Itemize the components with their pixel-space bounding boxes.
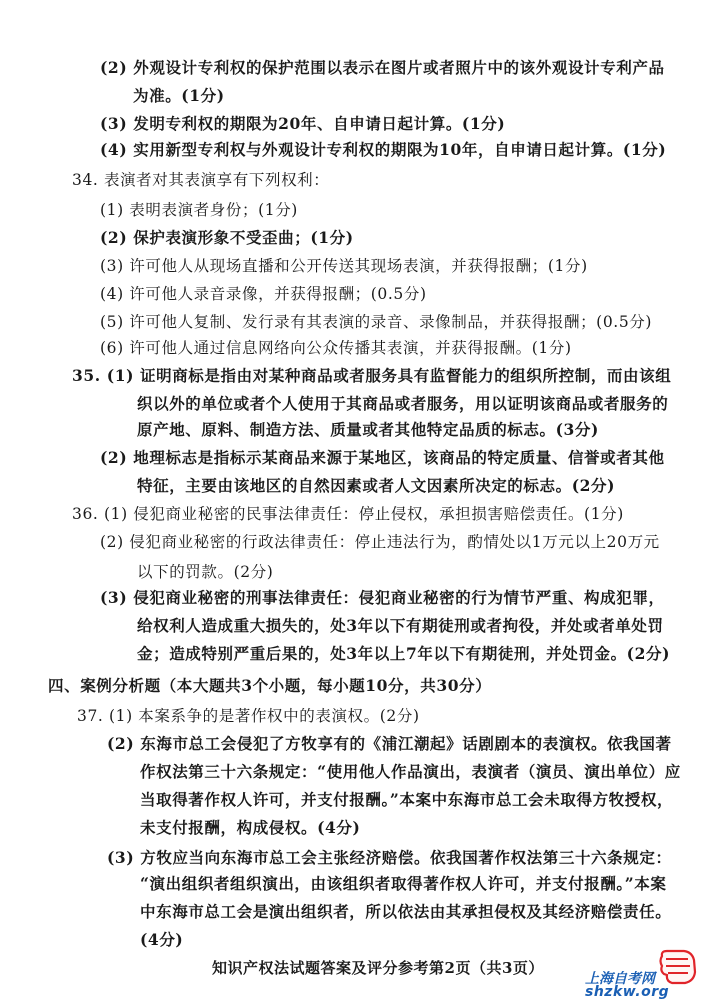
text-line-q34: 34. 表演者对其表演享有下列权利： bbox=[72, 170, 329, 190]
text-line-q34-4: (4) 许可他人录音录像，并获得报酬；(0.5分) bbox=[100, 284, 427, 304]
text-line-q37-2a: (2) 东海市总工会侵犯了方牧享有的《浦江潮起》话剧剧本的表演权。依我国著 bbox=[107, 734, 672, 754]
text-line-q34-1: (1) 表明表演者身份；(1分) bbox=[100, 200, 298, 220]
text-line-q36-2a: (2) 侵犯商业秘密的行政法律责任：停止违法行为，酌情处以1万元以上20万元 bbox=[100, 532, 660, 552]
text-line-q34-2: (2) 保护表演形象不受歪曲；(1分) bbox=[100, 228, 354, 248]
text-line-q37-3b: “演出组织者组织演出，由该组织者取得著作权人许可，并支付报酬。”本案 bbox=[140, 874, 666, 894]
text-line-q33-2a: (2) 外观设计专利权的保护范围以表示在图片或者照片中的该外观设计专利产品 bbox=[100, 58, 665, 78]
text-line-sec4: 四、案例分析题（本大题共3个小题，每小题10分，共30分） bbox=[48, 676, 491, 696]
text-line-q37-3d: (4分) bbox=[140, 930, 183, 950]
text-line-q37-2c: 当取得著作权人许可，并支付报酬。”本案中东海市总工会未取得方牧授权， bbox=[140, 790, 673, 810]
text-line-q36-3c: 金；造成特别严重后果的，处3年以上7年以下有期徒刑，并处罚金。(2分) bbox=[137, 644, 670, 664]
text-line-q36-3a: (3) 侵犯商业秘密的刑事法律责任：侵犯商业秘密的行为情节严重、构成犯罪， bbox=[100, 588, 665, 608]
text-line-q34-3: (3) 许可他人从现场直播和公开传送其现场表演，并获得报酬；(1分) bbox=[100, 256, 588, 276]
text-line-q35-1b: 织以外的单位或者个人使用于其商品或者服务，用以证明该商品或者服务的 bbox=[137, 394, 668, 414]
text-line-q36-1: 36. (1) 侵犯商业秘密的民事法律责任：停止侵权，承担损害赔偿责任。(1分) bbox=[72, 504, 624, 524]
text-line-q36-2b: 以下的罚款。(2分) bbox=[137, 562, 273, 582]
text-line-q33-3: (3) 发明专利权的期限为20年、自申请日起计算。(1分) bbox=[100, 114, 505, 134]
text-line-q37-2b: 作权法第三十六条规定：“使用他人作品演出，表演者（演员、演出单位）应 bbox=[140, 762, 681, 782]
text-line-q37-1: 37. (1) 本案系争的是著作权中的表演权。(2分) bbox=[77, 706, 420, 726]
logo-domain: shzkw.org bbox=[585, 984, 669, 1000]
site-logo[interactable]: 上海自考网 shzkw.org bbox=[583, 942, 701, 1002]
text-line-q37-3a: (3) 方牧应当向东海市总工会主张经济赔偿。依我国著作权法第三十六条规定： bbox=[107, 848, 672, 868]
page-footer: 知识产权法试题答案及评分参考第2页（共3页） bbox=[212, 957, 544, 978]
text-line-q34-5: (5) 许可他人复制、发行录有其表演的录音、录像制品，并获得报酬；(0.5分) bbox=[100, 312, 652, 332]
text-line-q33-4: (4) 实用新型专利权与外观设计专利权的期限为10年，自申请日起计算。(1分) bbox=[100, 140, 666, 160]
text-line-q36-3b: 给权利人造成重大损失的，处3年以下有期徒刑或者拘役，并处或者单处罚 bbox=[137, 616, 664, 636]
text-line-q35-2a: (2) 地理标志是指标示某商品来源于某地区，该商品的特定质量、信誉或者其他 bbox=[100, 448, 665, 468]
text-line-q35-1c: 原产地、原料、制造方法、质量或者其他特定品质的标志。(3分) bbox=[137, 420, 599, 440]
text-line-q33-2b: 为准。(1分) bbox=[133, 86, 225, 106]
text-line-q37-2d: 未支付报酬，构成侵权。(4分) bbox=[140, 818, 360, 838]
fist-icon bbox=[658, 948, 698, 986]
text-line-q37-3c: 中东海市总工会是演出组织者，所以依法由其承担侵权及其经济赔偿责任。 bbox=[140, 902, 671, 922]
text-line-q34-6: (6) 许可他人通过信息网络向公众传播其表演，并获得报酬。(1分) bbox=[100, 338, 572, 358]
text-line-q35-2b: 特征，主要由该地区的自然因素或者人文因素所决定的标志。(2分) bbox=[137, 476, 615, 496]
text-line-q35-1a: 35. (1) 证明商标是指由对某种商品或者服务具有监督能力的组织所控制，而由该… bbox=[72, 366, 671, 386]
